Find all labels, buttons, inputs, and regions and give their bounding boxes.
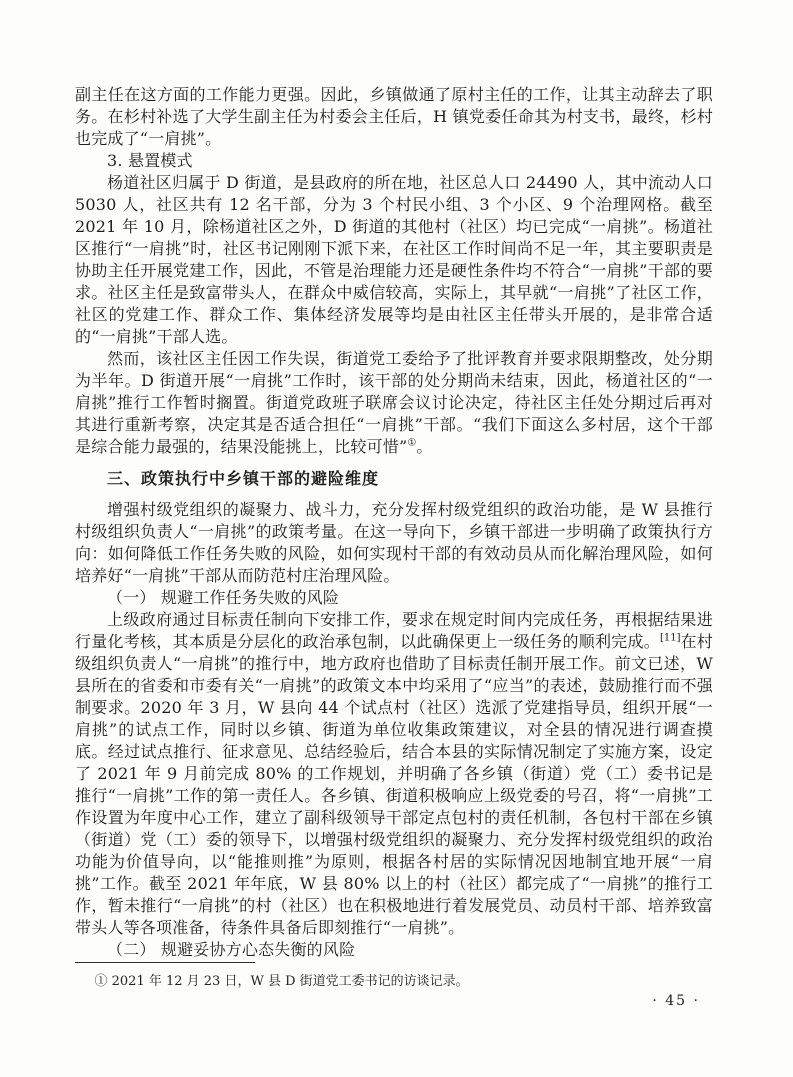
- citation-reference-11: [11]: [660, 633, 681, 644]
- paragraph-task-risk-text-pre: 上级政府通过目标责任制向下安排工作，要求在规定时间内完成任务，再根据结果进行量化…: [75, 610, 713, 651]
- paragraph-task-risk-text-post: 在村级组织负责人“一肩挑”的推行中，地方政府也借助了目标责任制开展工作。前文已述…: [75, 632, 713, 937]
- page-number: · 45 ·: [652, 993, 700, 1009]
- paragraph-however: 然而，该社区主任因工作失误，街道党工委给予了批评教育并要求限期整改，处分期为半年…: [75, 348, 713, 458]
- paragraph-however-text: 然而，该社区主任因工作失误，街道党工委给予了批评教育并要求限期整改，处分期为半年…: [75, 349, 713, 456]
- footnote-reference-1: ①: [407, 438, 416, 449]
- footnote-1: ① 2021 年 12 月 23 日，W 县 D 街道党工委书记的访谈记录。: [75, 972, 713, 991]
- paragraph-however-period: 。: [416, 437, 432, 456]
- paragraph-yangdao-community: 杨道社区归属于 D 街道，是县政府的所在地，社区总人口 24490 人，其中流动…: [75, 172, 713, 348]
- paragraph-continuation: 副主任在这方面的工作能力更强。因此，乡镇做通了原村主任的工作，让其主动辞去了职务…: [75, 84, 713, 150]
- subheading-risk-two: （二） 规避妥协方心态失衡的风险: [75, 939, 713, 961]
- paragraph-section-intro: 增强村级党组织的凝聚力、战斗力，充分发挥村级党组织的政治功能，是 W 县推行村级…: [75, 499, 713, 587]
- section-heading-three: 三、政策执行中乡镇干部的避险维度: [75, 468, 713, 490]
- paragraph-task-risk: 上级政府通过目标责任制向下安排工作，要求在规定时间内完成任务，再根据结果进行量化…: [75, 609, 713, 939]
- body-text-block: 副主任在这方面的工作能力更强。因此，乡镇做通了原村主任的工作，让其主动辞去了职务…: [75, 84, 713, 961]
- footnote-separator-line: [75, 962, 255, 963]
- paper-page: 副主任在这方面的工作能力更强。因此，乡镇做通了原村主任的工作，让其主动辞去了职务…: [0, 0, 793, 1077]
- subheading-risk-one: （一） 规避工作任务失败的风险: [75, 587, 713, 609]
- subheading-suspension-mode: 3. 悬置模式: [75, 150, 713, 172]
